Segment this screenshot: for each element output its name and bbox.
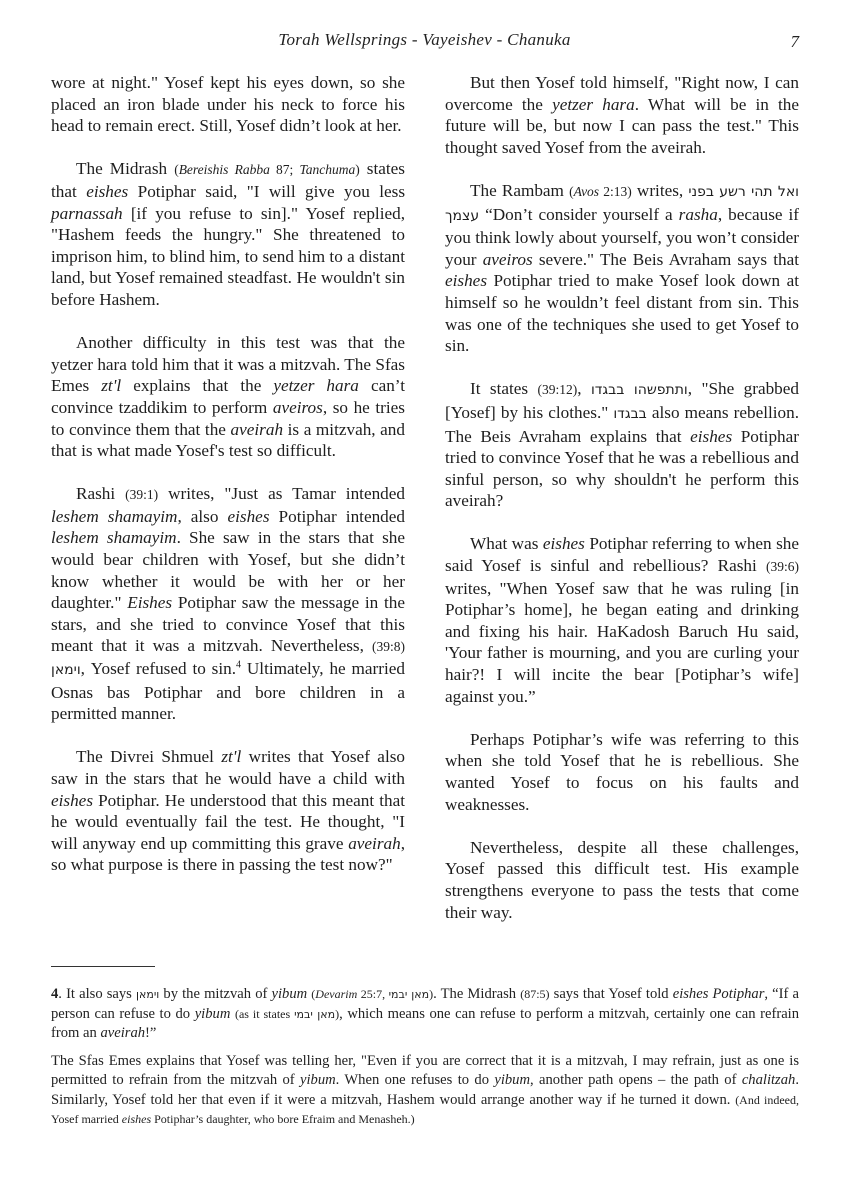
paragraph: wore at night." Yosef kept his eyes down… xyxy=(51,72,405,137)
citation: (87:5) xyxy=(520,987,549,1001)
citation: (39:1) xyxy=(125,487,158,502)
italic-term: eishes xyxy=(86,182,128,201)
hebrew-text: וימאן xyxy=(51,662,81,678)
text: The Midrash xyxy=(76,159,174,178)
italic-term: rasha xyxy=(679,205,718,224)
footnote-4: 4. It also says וימאן by the mitzvah of … xyxy=(51,985,799,1044)
italic-term: aveirah xyxy=(231,420,284,439)
italic-term: aveiros xyxy=(273,398,323,417)
text: , also xyxy=(177,507,227,526)
text: , Yosef refused to sin. xyxy=(81,659,236,678)
paragraph: Nevertheless, despite all these challeng… xyxy=(445,837,799,923)
citation: (as it states מאן יבמי) xyxy=(235,1007,339,1021)
italic-term: leshem shamayim xyxy=(51,507,177,526)
header-title: Torah Wellsprings - Vayeishev - Chanuka xyxy=(0,30,849,50)
italic-term: leshem shamayim xyxy=(51,528,177,547)
italic-term: eishes xyxy=(690,427,732,446)
italic-term: eishes xyxy=(51,791,93,810)
text: Nevertheless, despite all these challeng… xyxy=(445,838,799,922)
paragraph: The Rambam (Avos 2:13) writes, ואל תהי ר… xyxy=(445,180,799,357)
italic-term: yetzer hara xyxy=(273,376,359,395)
citation: (39:6) xyxy=(766,559,799,574)
paragraph: The Midrash (Bereishis Rabba 87; Tanchum… xyxy=(51,158,405,310)
paragraph: Another difficulty in this test was that… xyxy=(51,332,405,462)
italic-term: zt'l xyxy=(101,376,121,395)
italic-term: yetzer hara xyxy=(552,95,635,114)
paragraph: But then Yosef told himself, "Right now,… xyxy=(445,72,799,158)
text: It states xyxy=(470,379,537,398)
citation: (Avos 2:13) xyxy=(569,184,632,199)
italic-term: zt'l xyxy=(221,747,241,766)
text: writes, "When Yosef saw that he was ruli… xyxy=(445,579,799,706)
left-column: wore at night." Yosef kept his eyes down… xyxy=(51,72,405,898)
paragraph: Perhaps Potiphar’s wife was referring to… xyxy=(445,729,799,815)
citation: (Bereishis Rabba 87; Tanchuma) xyxy=(174,162,360,177)
italic-term: Eishes xyxy=(127,593,172,612)
text: The Rambam xyxy=(470,181,569,200)
right-column: But then Yosef told himself, "Right now,… xyxy=(445,72,799,945)
text: “Don’t consider yourself a xyxy=(479,205,679,224)
italic-term: aveiros xyxy=(483,250,533,269)
citation: (39:8) xyxy=(372,639,405,654)
text: explains that the xyxy=(121,376,273,395)
paragraph: Rashi (39:1) writes, "Just as Tamar inte… xyxy=(51,483,405,725)
page-number: 7 xyxy=(791,32,800,52)
text: Potiphar intended xyxy=(270,507,405,526)
hebrew-text: וימאן xyxy=(136,988,159,1001)
text: , xyxy=(577,379,591,398)
text: Rashi xyxy=(76,484,125,503)
footnote-4-continued: The Sfas Emes explains that Yosef was te… xyxy=(51,1052,799,1130)
text: What was xyxy=(470,534,543,553)
text: Potiphar tried to make Yosef look down a… xyxy=(445,271,799,355)
text: Potiphar said, "I will give you less xyxy=(128,182,405,201)
text: The Divrei Shmuel xyxy=(76,747,221,766)
hebrew-text: בבגדו xyxy=(613,406,646,422)
citation: (39:12) xyxy=(537,382,577,397)
paragraph: What was eishes Potiphar referring to wh… xyxy=(445,533,799,707)
hebrew-text: ותתפשהו בבגדו xyxy=(591,382,688,398)
italic-term: aveirah xyxy=(348,834,401,853)
italic-term: eishes xyxy=(228,507,270,526)
italic-term: eishes xyxy=(445,271,487,290)
running-header: Torah Wellsprings - Vayeishev - Chanuka … xyxy=(0,30,849,60)
text: writes, xyxy=(632,181,689,200)
text: wore at night." Yosef kept his eyes down… xyxy=(51,73,405,135)
italic-term: eishes xyxy=(543,534,585,553)
paragraph: The Divrei Shmuel zt'l writes that Yosef… xyxy=(51,746,405,876)
footnote-separator xyxy=(51,966,155,967)
text: severe." The Beis Avraham says that xyxy=(533,250,799,269)
text: Perhaps Potiphar’s wife was referring to… xyxy=(445,730,799,814)
footnotes: 4. It also says וימאן by the mitzvah of … xyxy=(51,985,799,1138)
italic-term: parnassah xyxy=(51,204,123,223)
text: writes, "Just as Tamar intended xyxy=(158,484,405,503)
paragraph: It states (39:12), ותתפשהו בבגדו, "She g… xyxy=(445,378,799,512)
citation: (Devarim 25:7, מאן יבמי) xyxy=(311,987,433,1001)
